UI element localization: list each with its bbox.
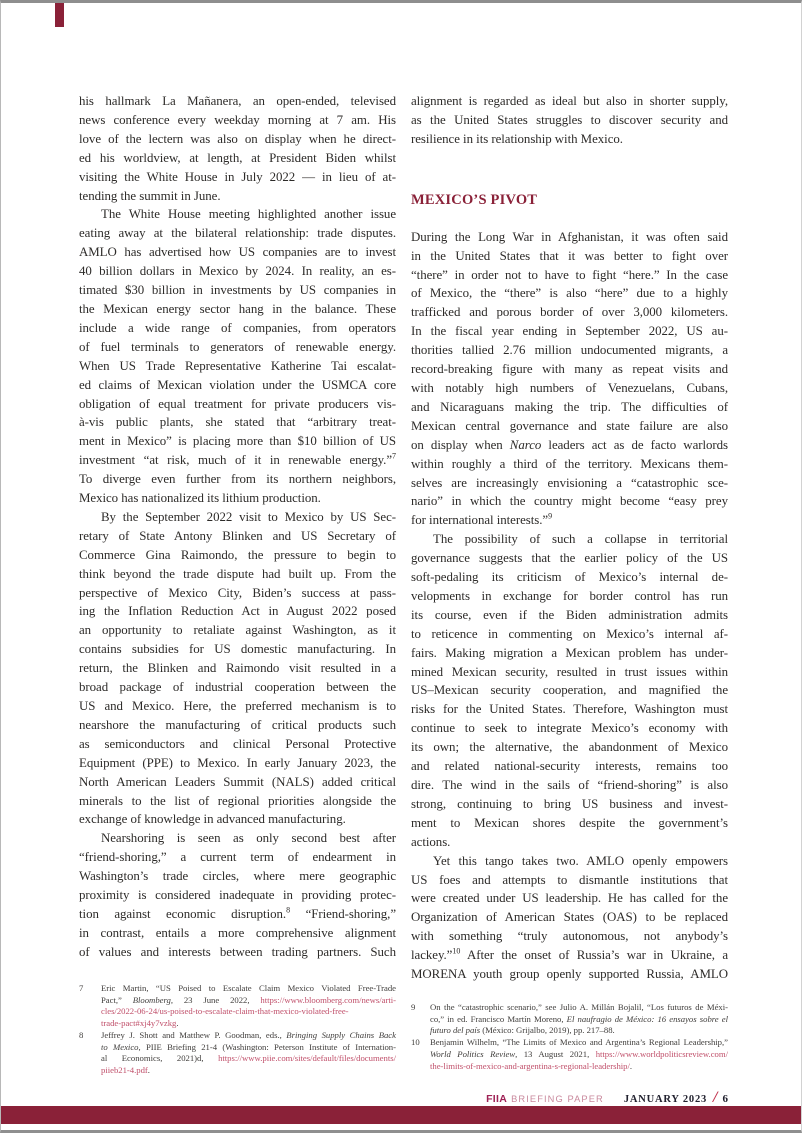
footnote: 7Eric Martin, “US Poised to Escalate Cla… xyxy=(79,983,396,1030)
footnote-number: 8 xyxy=(79,1030,101,1077)
text-line: US foes and attempts to dismantle instit… xyxy=(411,871,728,890)
text-line: Organization of American States (OAS) to… xyxy=(411,908,728,927)
text-line: contains subsidies for US domestic manuf… xyxy=(79,640,396,659)
footnote: 10Benjamin Wilhelm, “The Limits of Mexic… xyxy=(411,1037,728,1072)
footnote-text: Jeffrey J. Shott and Matthew P. Goodman,… xyxy=(101,1030,396,1077)
text-line: to Mexico, PIIE Briefing 21-4 (Washingto… xyxy=(101,1042,396,1054)
text-line: fairs. Making migration a Mexican proble… xyxy=(411,644,728,663)
text-line: as the United States struggles to discov… xyxy=(411,111,728,130)
text-line: within roughly a third of the territory.… xyxy=(411,455,728,474)
text-line: co,” in ed. Francisco Martín Moreno, El … xyxy=(430,1014,728,1026)
text-line: Mexico has nationalized its lithium prod… xyxy=(79,489,396,508)
text-line: of Mexico, the “there” is also “here” du… xyxy=(411,284,728,303)
text-line: proximity is considered inadequate in pr… xyxy=(79,886,396,905)
text-line: dire. The wind in the sails of “friend-s… xyxy=(411,776,728,795)
document-page: { "accent_colors": { "maroon": "#8a2138"… xyxy=(0,0,802,1133)
text-line: risks for the United States. Therefore, … xyxy=(411,700,728,719)
text-line: nario” in which the country might become… xyxy=(411,492,728,511)
text-line: perspective of Mexico City, Biden’s succ… xyxy=(79,584,396,603)
text-line: as semiconductors and clinical Personal … xyxy=(79,735,396,754)
text-line: in contrast, entails a more comprehensiv… xyxy=(79,924,396,943)
text-line: with notably high numbers of Venezuelans… xyxy=(411,379,728,398)
text-line: his hallmark La Mañanera, an open-ended,… xyxy=(79,92,396,111)
text-line: to reticence in commenting on Mexico’s i… xyxy=(411,625,728,644)
text-line: an opportunity to retaliate against Wash… xyxy=(79,621,396,640)
text-line: selves are increasingly envisioning a “c… xyxy=(411,474,728,493)
text-line: and Nicaraguans making the trip. The dif… xyxy=(411,398,728,417)
text-line: MORENA youth group openly supported Russ… xyxy=(411,965,728,984)
text-line: of values and interests between trading … xyxy=(79,943,396,962)
footnote-number: 9 xyxy=(411,1002,430,1037)
text-line: tending the summit in June. xyxy=(79,187,396,206)
text-line: During the Long War in Afghanistan, it w… xyxy=(411,228,728,247)
text-line: Mexican central governance and state fai… xyxy=(411,417,728,436)
text-line: Benjamin Wilhelm, “The Limits of Mexico … xyxy=(430,1037,728,1049)
text-line: exchange of knowledge in advanced manufa… xyxy=(79,810,396,829)
text-line: retary of State Antony Blinken and US Se… xyxy=(79,527,396,546)
text-line: Pact,” Bloomberg, 23 June 2022, https://… xyxy=(101,995,396,1007)
text-line: By the September 2022 visit to Mexico by… xyxy=(79,508,396,527)
text-line: record-breaking figure with many as repe… xyxy=(411,360,728,379)
footnote-text: Benjamin Wilhelm, “The Limits of Mexico … xyxy=(430,1037,728,1072)
text-line: soft-pedaling its criticism of Mexico’s … xyxy=(411,568,728,587)
left-column: his hallmark La Mañanera, an open-ended,… xyxy=(79,92,396,962)
text-line: North American Leaders Summit (NALS) add… xyxy=(79,773,396,792)
paragraph: alignment is regarded as ideal but also … xyxy=(411,92,728,149)
text-line: with something “truly autonomous, not an… xyxy=(411,927,728,946)
text-line: ed his worldview, at length, at Presiden… xyxy=(79,149,396,168)
text-line: eating away at the bilateral relationshi… xyxy=(79,224,396,243)
footnote-link[interactable]: cles/2022-06-24/us-poised-to-escalate-cl… xyxy=(101,1006,349,1016)
footnotes-right: 9On the “catastrophic scenario,” see Jul… xyxy=(411,1002,728,1072)
footnote-text: On the “catastrophic scenario,” see Juli… xyxy=(430,1002,728,1037)
text-line: visiting the White House in July 2022 — … xyxy=(79,168,396,187)
paragraph: During the Long War in Afghanistan, it w… xyxy=(411,228,728,531)
text-line: resilience in its relationship with Mexi… xyxy=(411,130,728,149)
right-column: alignment is regarded as ideal but also … xyxy=(411,92,728,984)
text-line: minerals to the list of regional priorit… xyxy=(79,792,396,811)
footnote: 8Jeffrey J. Shott and Matthew P. Goodman… xyxy=(79,1030,396,1077)
text-line: à-vis public plants, she stated that “ar… xyxy=(79,413,396,432)
text-line: include a wide range of companies, from … xyxy=(79,319,396,338)
text-line: actions. xyxy=(411,833,728,852)
text-line: When US Trade Representative Katherine T… xyxy=(79,357,396,376)
text-line: ing the Inflation Reduction Act in Augus… xyxy=(79,602,396,621)
text-line: and related national-security interests,… xyxy=(411,757,728,776)
text-line: the-limits-of-mexico-and-argentina-s-reg… xyxy=(430,1061,728,1073)
text-line: tion against economic disruption.8 “Frie… xyxy=(79,905,396,924)
text-line: nearshore the manufacturing of critical … xyxy=(79,716,396,735)
footnote-link[interactable]: piieb21-4.pdf xyxy=(101,1065,148,1075)
text-line: Nearshoring is seen as only second best … xyxy=(79,829,396,848)
text-line: Commerce Gina Raimondo, the pressure to … xyxy=(79,546,396,565)
text-line: Yet this tango takes two. AMLO openly em… xyxy=(411,852,728,871)
footer-slash-icon: / xyxy=(713,1089,717,1107)
text-line: Jeffrey J. Shott and Matthew P. Goodman,… xyxy=(101,1030,396,1042)
text-line: return, the Blinken and Raimondo visit r… xyxy=(79,659,396,678)
text-line: al Economics, 2021)d, https://www.piie.c… xyxy=(101,1053,396,1065)
page-number: 6 xyxy=(723,1093,729,1105)
text-line: piieb21-4.pdf. xyxy=(101,1065,396,1077)
text-line: lackey.”10 After the onset of Russia’s w… xyxy=(411,946,728,965)
paragraph: his hallmark La Mañanera, an open-ended,… xyxy=(79,92,396,205)
text-line: news conference every weekday morning at… xyxy=(79,111,396,130)
paragraph: By the September 2022 visit to Mexico by… xyxy=(79,508,396,829)
paragraph: The White House meeting highlighted anot… xyxy=(79,205,396,508)
paragraph: Yet this tango takes two. AMLO openly em… xyxy=(411,852,728,984)
text-line: velopments in exchange for border contro… xyxy=(411,587,728,606)
text-line: cles/2022-06-24/us-poised-to-escalate-cl… xyxy=(101,1006,396,1018)
text-line: were created under US leadership. He has… xyxy=(411,889,728,908)
page-footer: FIIA BRIEFING PAPER JANUARY 2023 / 6 xyxy=(411,1089,728,1107)
text-line: investment “at risk, much of it in renew… xyxy=(79,451,396,470)
footer-date: JANUARY 2023 xyxy=(624,1094,707,1105)
footnote: 9On the “catastrophic scenario,” see Jul… xyxy=(411,1002,728,1037)
text-line: On the “catastrophic scenario,” see Juli… xyxy=(430,1002,728,1014)
footnote-number: 7 xyxy=(79,983,101,1030)
text-line: ment to Mexican shores despite the gover… xyxy=(411,814,728,833)
text-line: continue to seek to integrate Mexico’s e… xyxy=(411,719,728,738)
text-line: “friend-shoring,” a current term of ende… xyxy=(79,848,396,867)
text-line: strong, continuing to bring US business … xyxy=(411,795,728,814)
text-line: To diverge even further from its norther… xyxy=(79,470,396,489)
paragraph: The possibility of such a collapse in te… xyxy=(411,530,728,851)
section-heading: MEXICO’S PIVOT xyxy=(411,190,728,210)
text-line: thorities tallied 2.76 million undocumen… xyxy=(411,341,728,360)
text-line: “there” in order not to have to fight “h… xyxy=(411,266,728,285)
text-line: its course, even if the Biden administra… xyxy=(411,606,728,625)
text-line: think beyond the trade dispute had built… xyxy=(79,565,396,584)
text-line: for international interests.”9 xyxy=(411,511,728,530)
text-line: its own; the alternative, the abandonmen… xyxy=(411,738,728,757)
text-line: timated $30 billion in investments by US… xyxy=(79,281,396,300)
text-line: trafficked and porous border of over 3,0… xyxy=(411,303,728,322)
text-line: mined Mexican security, resulted in trus… xyxy=(411,663,728,682)
footnote-link[interactable]: https://www.bloomberg.com/news/arti- xyxy=(260,995,396,1005)
text-line: AMLO has advertised how US companies are… xyxy=(79,243,396,262)
text-line: ed claims of Mexican violation under the… xyxy=(79,376,396,395)
text-line: US and Mexico. Here, the preferred mecha… xyxy=(79,697,396,716)
text-line: in the United States that it was better … xyxy=(411,247,728,266)
footnotes-left: 7Eric Martin, “US Poised to Escalate Cla… xyxy=(79,983,396,1077)
footer-red-band xyxy=(0,1106,802,1124)
text-line: Equipment (PPE) to Mexico. In early Janu… xyxy=(79,754,396,773)
text-line: on display when Narco leaders act as de … xyxy=(411,436,728,455)
red-corner-mark xyxy=(55,3,64,27)
text-line: Eric Martin, “US Poised to Escalate Clai… xyxy=(101,983,396,995)
text-line: The White House meeting highlighted anot… xyxy=(79,205,396,224)
text-line: World Politics Review, 13 August 2021, h… xyxy=(430,1049,728,1061)
text-line: governance suggests that the earlier pol… xyxy=(411,549,728,568)
footnote-link[interactable]: the-limits-of-mexico-and-argentina-s-reg… xyxy=(430,1061,630,1071)
footnote-text: Eric Martin, “US Poised to Escalate Clai… xyxy=(101,983,396,1030)
text-line: US–Mexican security cooperation, and mag… xyxy=(411,681,728,700)
text-line: The possibility of such a collapse in te… xyxy=(411,530,728,549)
brand-suffix: BRIEFING PAPER xyxy=(511,1094,604,1104)
text-line: love of the lectern was also on display … xyxy=(79,130,396,149)
footnote-link[interactable]: trade-pact#xj4y7vzkg xyxy=(101,1018,176,1028)
text-line: of fuel terminals to generators of renew… xyxy=(79,338,396,357)
footnote-link[interactable]: https://www.worldpoliticsreview.com/ xyxy=(596,1049,728,1059)
text-line: 40 billion dollars in Mexico by 2024. In… xyxy=(79,262,396,281)
text-line: obligation of equal treatment for privat… xyxy=(79,395,396,414)
text-line: the Mexican energy sector hang in the ba… xyxy=(79,300,396,319)
text-line: alignment is regarded as ideal but also … xyxy=(411,92,728,111)
text-line: trade-pact#xj4y7vzkg. xyxy=(101,1018,396,1030)
footnote-number: 10 xyxy=(411,1037,430,1072)
text-line: In the fiscal year ending in September 2… xyxy=(411,322,728,341)
text-line: broad package of industrial cooperation … xyxy=(79,678,396,697)
paragraph: Nearshoring is seen as only second best … xyxy=(79,829,396,961)
brand-name: FIIA xyxy=(486,1093,507,1105)
text-line: futuro del país (México: Grijalbo, 2019)… xyxy=(430,1025,728,1037)
text-line: ment in Mexico” is placing more than $10… xyxy=(79,432,396,451)
text-line: Washington’s trade circles, where mere g… xyxy=(79,867,396,886)
footnote-link[interactable]: https://www.piie.com/sites/default/files… xyxy=(218,1053,396,1063)
